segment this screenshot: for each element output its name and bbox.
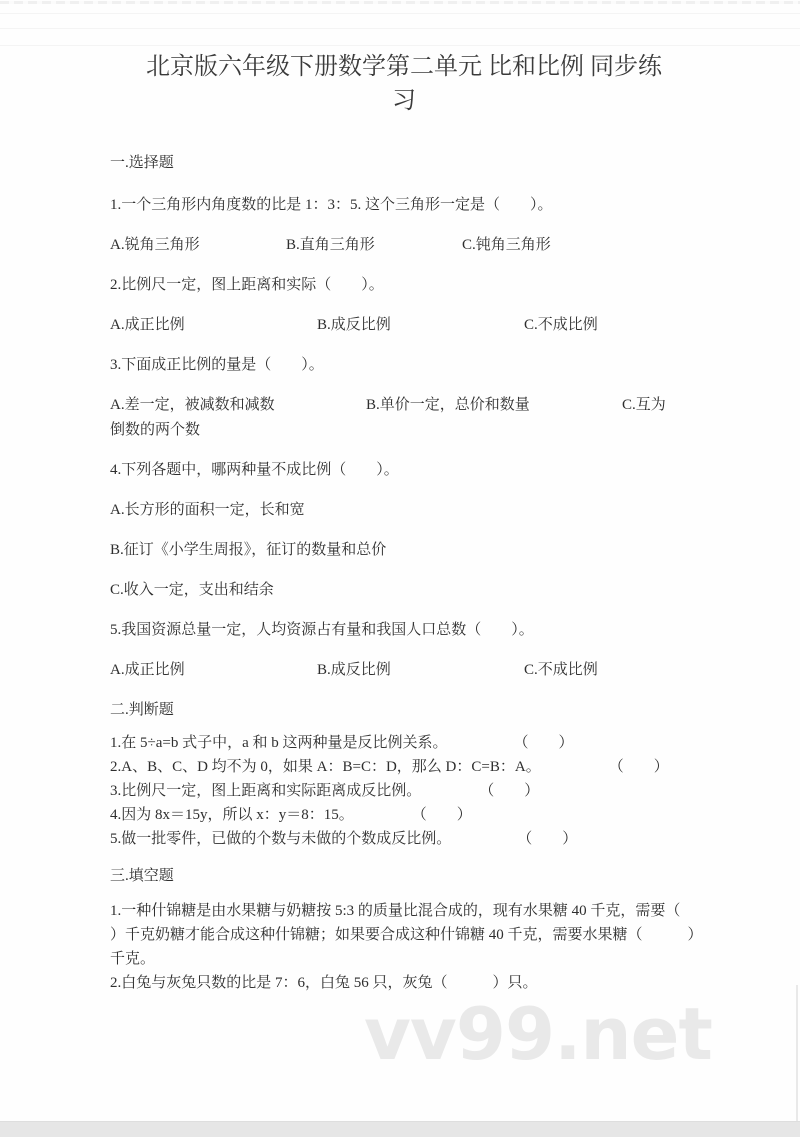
judge-item-4: 4.因为 8x＝15y，所以 x：y＝8：15。 （ ） xyxy=(110,803,698,827)
section-choice: 一.选择题 1.一个三角形内角度数的比是 1：3：5. 这个三角形一定是（ ）。… xyxy=(110,154,698,679)
judge-item-text: 5.做一批零件，已做的个数与未做的个数成反比例。 xyxy=(110,827,451,851)
choice-question-4-option-b: B.征订《小学生周报》，征订的数量和总价 xyxy=(110,541,698,559)
answer-blank: （ ） xyxy=(514,731,574,755)
scan-artifact-line xyxy=(0,28,800,29)
choice-question-1-options: A.锐角三角形 B.直角三角形 C.钝角三角形 xyxy=(110,236,698,254)
judge-list: 1.在 5÷a=b 式子中，a 和 b 这两种量是反比例关系。 （ ） 2.A、… xyxy=(110,731,698,851)
choice-question-3-options: A.差一定，被减数和减数 B.单价一定，总价和数量 C.互为 xyxy=(110,396,698,414)
fill-section-heading: 三.填空题 xyxy=(110,867,698,885)
option-a: A.差一定，被减数和减数 xyxy=(110,396,366,414)
scan-artifact-line xyxy=(0,45,800,46)
answer-blank: （ ） xyxy=(517,827,577,851)
option-a: A.锐角三角形 xyxy=(110,236,286,254)
option-a: A.成正比例 xyxy=(110,661,317,679)
choice-question-5-options: A.成正比例 B.成反比例 C.不成比例 xyxy=(110,661,698,679)
judge-item-1: 1.在 5÷a=b 式子中，a 和 b 这两种量是反比例关系。 （ ） xyxy=(110,731,698,755)
choice-question-4-option-a: A.长方形的面积一定，长和宽 xyxy=(110,501,698,519)
choice-question-4-option-c: C.收入一定，支出和结余 xyxy=(110,581,698,599)
choice-question-1-text: 1.一个三角形内角度数的比是 1：3：5. 这个三角形一定是（ ）。 xyxy=(110,196,698,214)
judge-item-3: 3.比例尺一定，图上距离和实际距离成反比例。 （ ） xyxy=(110,779,698,803)
option-b: B.单价一定，总价和数量 xyxy=(366,396,622,414)
judge-item-text: 1.在 5÷a=b 式子中，a 和 b 这两种量是反比例关系。 xyxy=(110,731,448,755)
judge-item-text: 4.因为 8x＝15y，所以 x：y＝8：15。 xyxy=(110,803,354,827)
choice-question-2-options: A.成正比例 B.成反比例 C.不成比例 xyxy=(110,316,698,334)
scan-artifact-line xyxy=(0,13,800,14)
worksheet-content: 北京版六年级下册数学第二单元 比和比例 同步练习 一.选择题 1.一个三角形内角… xyxy=(110,50,698,995)
option-b: B.成反比例 xyxy=(317,661,524,679)
option-b: B.直角三角形 xyxy=(286,236,462,254)
option-c: C.不成比例 xyxy=(524,316,598,334)
option-c: C.不成比例 xyxy=(524,661,598,679)
site-watermark: vv99.net xyxy=(364,992,712,1076)
scan-artifact-top xyxy=(0,1,800,4)
option-a: A.成正比例 xyxy=(110,316,317,334)
scan-artifact-right-edge xyxy=(796,985,798,1122)
page-title: 北京版六年级下册数学第二单元 比和比例 同步练习 xyxy=(137,50,672,118)
answer-blank: （ ） xyxy=(479,779,539,803)
section-fill: 三.填空题 1.一种什锦糖是由水果糖与奶糖按 5:3 的质量比混合成的，现有水果… xyxy=(110,867,698,995)
choice-question-4-text: 4.下列各题中，哪两种量不成比例（ ）。 xyxy=(110,461,698,479)
choice-question-3-option-c-wrap: 倒数的两个数 xyxy=(110,421,698,439)
worksheet-page: 北京版六年级下册数学第二单元 比和比例 同步练习 一.选择题 1.一个三角形内角… xyxy=(0,0,800,1137)
fill-item-2: 2.白兔与灰兔只数的比是 7：6，白兔 56 只，灰兔（ ）只。 xyxy=(110,971,698,995)
judge-item-5: 5.做一批零件，已做的个数与未做的个数成反比例。 （ ） xyxy=(110,827,698,851)
judge-item-text: 2.A、B、C、D 均不为 0，如果 A：B=C：D，那么 D：C=B：A。 xyxy=(110,755,541,779)
judge-section-heading: 二.判断题 xyxy=(110,701,698,719)
choice-question-5-text: 5.我国资源总量一定，人均资源占有量和我国人口总数（ ）。 xyxy=(110,621,698,639)
option-c: C.互为 xyxy=(622,396,666,414)
section-judge: 二.判断题 1.在 5÷a=b 式子中，a 和 b 这两种量是反比例关系。 （ … xyxy=(110,701,698,851)
option-b: B.成反比例 xyxy=(317,316,524,334)
choice-section-heading: 一.选择题 xyxy=(110,154,698,172)
answer-blank: （ ） xyxy=(412,803,472,827)
judge-item-2: 2.A、B、C、D 均不为 0，如果 A：B=C：D，那么 D：C=B：A。 （… xyxy=(110,755,698,779)
fill-item-1: 1.一种什锦糖是由水果糖与奶糖按 5:3 的质量比混合成的，现有水果糖 40 千… xyxy=(110,899,698,971)
page-bottom-strip xyxy=(0,1121,800,1137)
choice-question-2-text: 2.比例尺一定，图上距离和实际（ ）。 xyxy=(110,276,698,294)
choice-question-3-text: 3.下面成正比例的量是（ ）。 xyxy=(110,356,698,374)
option-c: C.钝角三角形 xyxy=(462,236,551,254)
judge-item-text: 3.比例尺一定，图上距离和实际距离成反比例。 xyxy=(110,779,421,803)
answer-blank: （ ） xyxy=(609,755,669,779)
